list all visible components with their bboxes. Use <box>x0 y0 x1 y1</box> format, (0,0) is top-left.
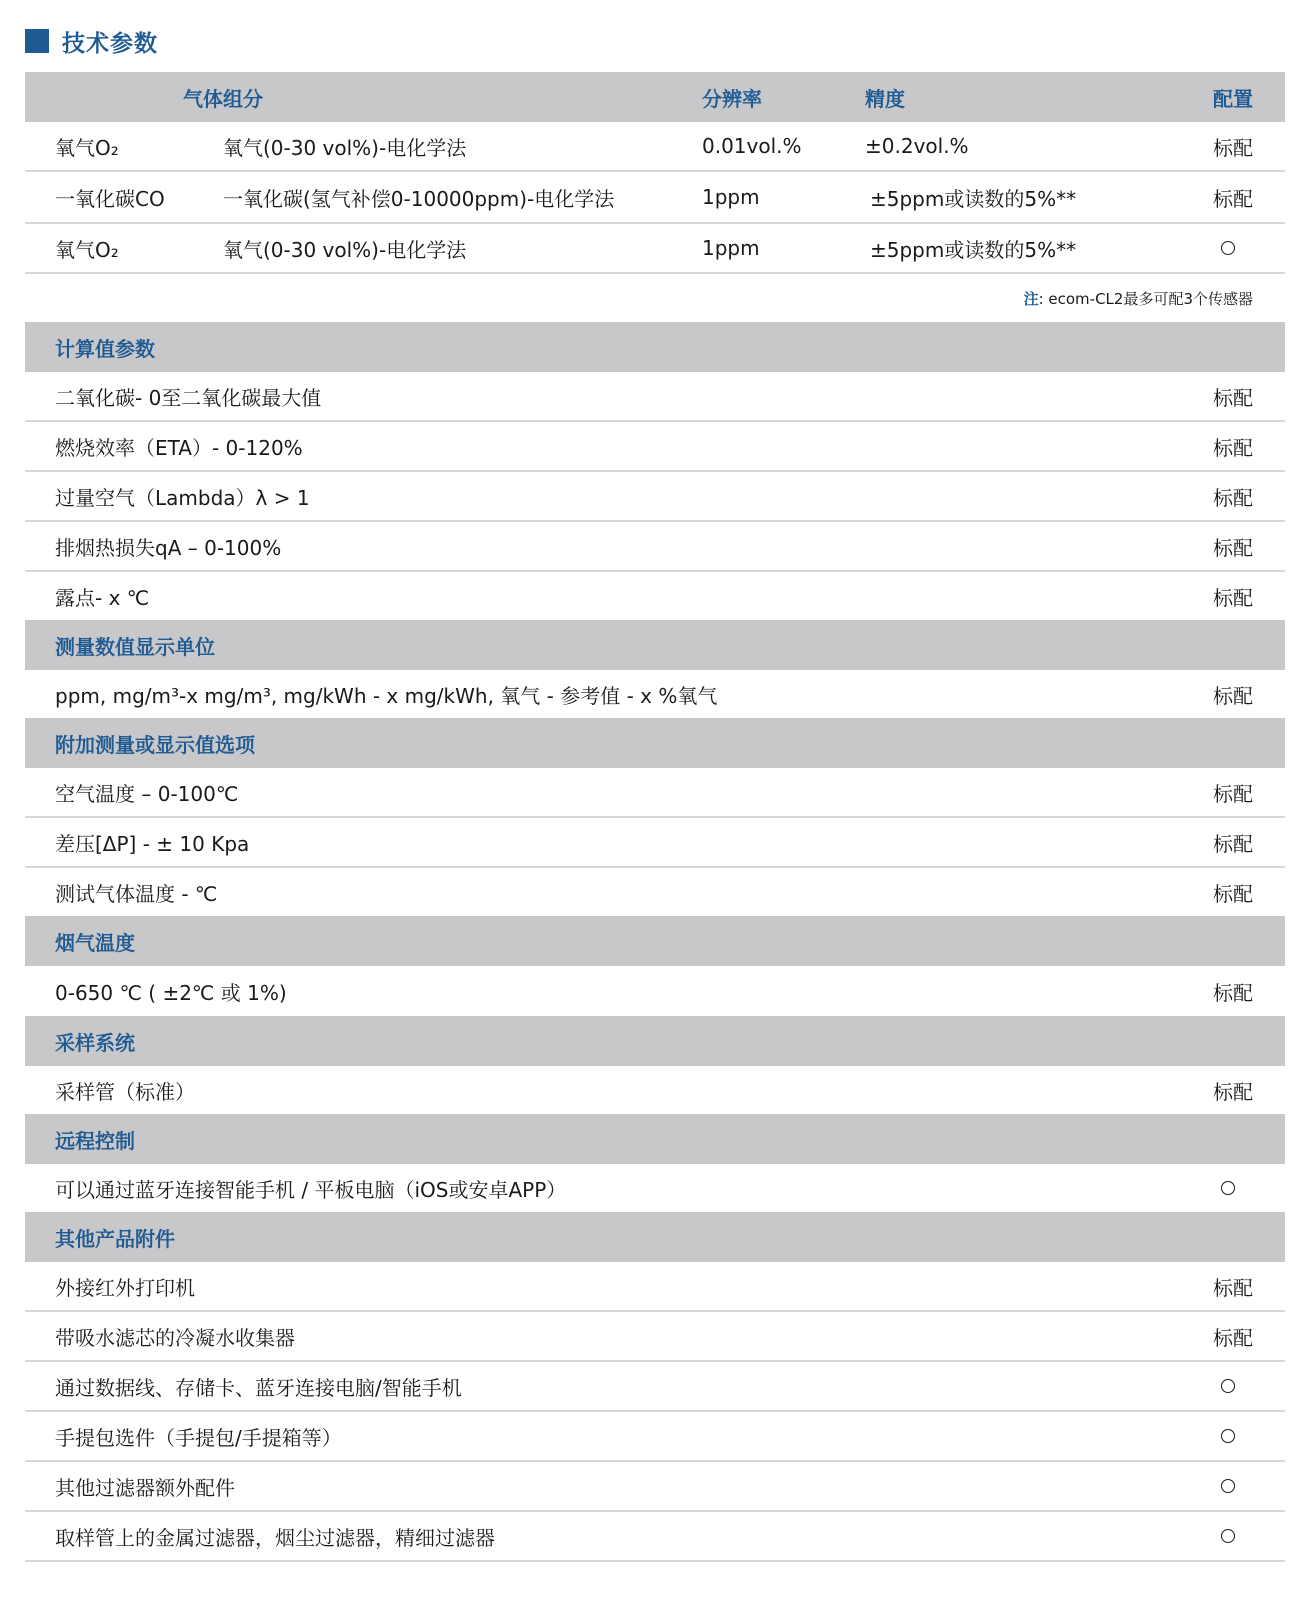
note-label: 注 <box>1024 290 1039 308</box>
gas-accuracy: ±5ppm或读数的5%** <box>870 234 1076 263</box>
gas-row: 氧气O₂ 氧气(0-30 vol%)-电化学法 0.01vol.% ±0.2vo… <box>25 122 1285 172</box>
gas-method: 一氧化碳(氢气补偿0-10000ppm)-电化学法 <box>223 183 614 212</box>
gas-name: 一氧化碳CO <box>55 183 165 212</box>
header-resolution: 分辨率 <box>702 83 762 112</box>
list-item: 取样管上的金属过滤器，烟尘过滤器，精细过滤器 <box>25 1512 1285 1562</box>
gas-row: 一氧化碳CO 一氧化碳(氢气补偿0-10000ppm)-电化学法 1ppm ±5… <box>25 172 1285 224</box>
gas-accuracy: ±0.2vol.% <box>865 134 969 158</box>
spec-table: 气体组分 分辨率 精度 配置 氧气O₂ 氧气(0-30 vol%)-电化学法 0… <box>25 72 1285 1562</box>
gas-method: 氧气(0-30 vol%)-电化学法 <box>223 234 466 263</box>
optional-circle-icon <box>1221 1429 1235 1443</box>
sensor-note: 注: ecom-CL2最多可配3个传感器 <box>25 274 1285 322</box>
optional-circle-icon <box>1221 241 1235 255</box>
list-item: 差压[ΔP] - ± 10 Kpa标配 <box>25 818 1285 868</box>
list-item: 可以通过蓝牙连接智能手机 / 平板电脑（iOS或安卓APP） <box>25 1164 1285 1212</box>
gas-table-header: 气体组分 分辨率 精度 配置 <box>25 72 1285 122</box>
list-item: 手提包选件（手提包/手提箱等） <box>25 1412 1285 1462</box>
optional-circle-icon <box>1221 1379 1235 1393</box>
section-header-remote: 远程控制 <box>25 1114 1285 1164</box>
section-header-additional: 附加测量或显示值选项 <box>25 718 1285 768</box>
gas-resolution: 0.01vol.% <box>702 134 802 158</box>
optional-circle-icon <box>1221 1529 1235 1543</box>
optional-circle-icon <box>1221 1181 1235 1195</box>
list-item: 测试气体温度 - ℃标配 <box>25 868 1285 916</box>
header-component: 气体组分 <box>183 83 263 112</box>
header-accuracy: 精度 <box>865 83 905 112</box>
gas-resolution: 1ppm <box>702 185 760 209</box>
gas-name: 氧气O₂ <box>55 132 119 161</box>
gas-config: 标配 <box>1193 132 1253 161</box>
section-header-calculated: 计算值参数 <box>25 322 1285 372</box>
list-item: 带吸水滤芯的冷凝水收集器标配 <box>25 1312 1285 1362</box>
gas-accuracy: ±5ppm或读数的5%** <box>870 183 1076 212</box>
list-item: 其他过滤器额外配件 <box>25 1462 1285 1512</box>
section-title-text: 技术参数 <box>62 25 158 58</box>
list-item: 空气温度 – 0-100℃标配 <box>25 768 1285 818</box>
list-item: 0-650 ℃ ( ±2℃ 或 1%)标配 <box>25 966 1285 1016</box>
list-item: 采样管（标准）标配 <box>25 1066 1285 1114</box>
list-item: 燃烧效率（ETA）- 0-120%标配 <box>25 422 1285 472</box>
optional-circle-icon <box>1221 1479 1235 1493</box>
section-header-flue-temp: 烟气温度 <box>25 916 1285 966</box>
gas-resolution: 1ppm <box>702 236 760 260</box>
title-square-icon <box>25 29 49 53</box>
list-item: 排烟热损失qA – 0-100%标配 <box>25 522 1285 572</box>
section-header-units: 测量数值显示单位 <box>25 620 1285 670</box>
note-text: : ecom-CL2最多可配3个传感器 <box>1039 290 1253 308</box>
section-title: 技术参数 <box>25 26 158 56</box>
list-item: 过量空气（Lambda）λ > 1标配 <box>25 472 1285 522</box>
gas-config: 标配 <box>1193 183 1253 212</box>
header-config: 配置 <box>1213 83 1253 112</box>
gas-method: 氧气(0-30 vol%)-电化学法 <box>223 132 466 161</box>
list-item: 露点- x ℃标配 <box>25 572 1285 620</box>
section-header-sampling: 采样系统 <box>25 1016 1285 1066</box>
list-item: 通过数据线、存储卡、蓝牙连接电脑/智能手机 <box>25 1362 1285 1412</box>
list-item: 外接红外打印机标配 <box>25 1262 1285 1312</box>
list-item: ppm, mg/m³-x mg/m³, mg/kWh - x mg/kWh, 氧… <box>25 670 1285 718</box>
section-header-accessories: 其他产品附件 <box>25 1212 1285 1262</box>
gas-name: 氧气O₂ <box>55 234 119 263</box>
gas-row: 氧气O₂ 氧气(0-30 vol%)-电化学法 1ppm ±5ppm或读数的5%… <box>25 224 1285 274</box>
list-item: 二氧化碳- 0至二氧化碳最大值标配 <box>25 372 1285 422</box>
